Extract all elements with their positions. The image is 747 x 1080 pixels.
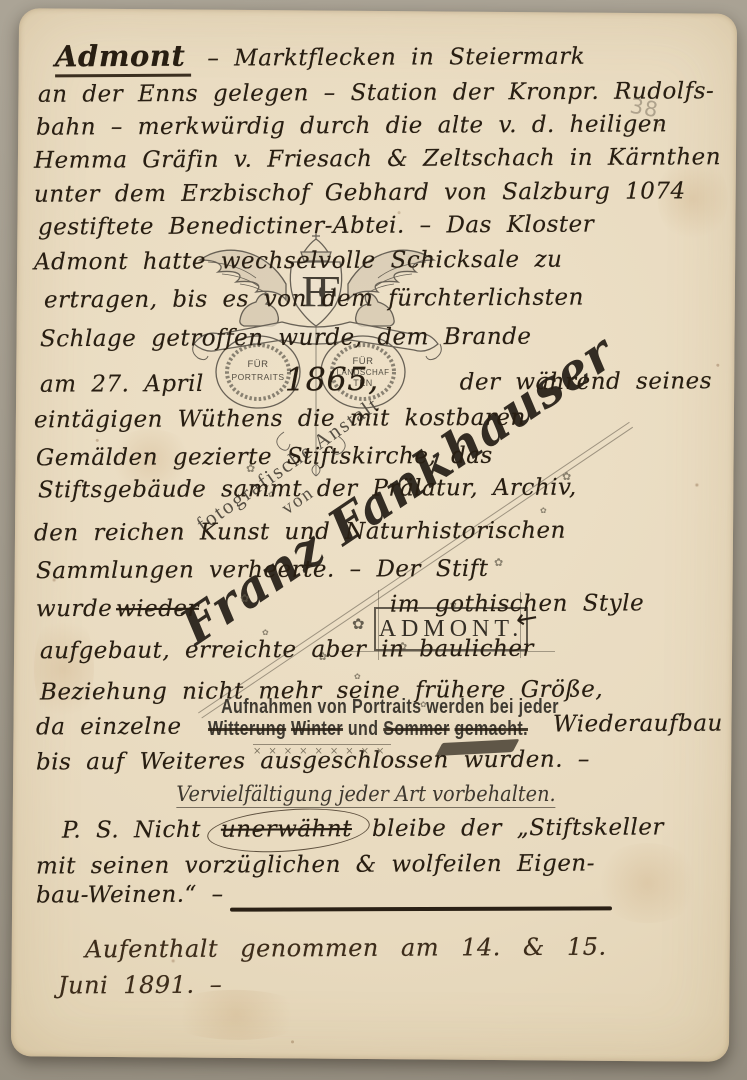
pencil-number: 38	[628, 94, 660, 123]
title-word: Admont	[55, 39, 191, 78]
manuscript-line: unter dem Erzbischof Gebhard von Salzbur…	[34, 178, 686, 207]
manuscript-line: ertragen, bis es von dem fürchterlichste…	[44, 285, 584, 314]
manuscript-line-brand: am 27. April 1865, der während seines	[40, 358, 712, 400]
manuscript-line: Gemälden gezierte Stiftskirche, das	[36, 443, 493, 471]
ps-pre: P. S. Nicht	[62, 817, 201, 844]
manuscript-line: aufgebaut, erreichte aber in baulicher	[40, 636, 534, 665]
manuscript-line: bau-Weinen.“ –	[36, 882, 224, 909]
manuscript-line: Admont– Marktflecken in Steiermark	[55, 37, 585, 74]
ink-rule	[230, 906, 612, 911]
manuscript-line: Schlage getroffen wurde, dem Brande	[40, 324, 532, 353]
manuscript-line: Beziehung nicht mehr seine frühere Größe…	[40, 677, 603, 706]
manuscript-line: den reichen Kunst und Naturhistorischen	[34, 518, 566, 547]
manuscript-line: eintägigen Wüthens die mit kostbaren	[34, 405, 526, 434]
manuscript-line: Hemma Gräfin v. Friesach & Zeltschach in…	[34, 144, 721, 174]
manuscript-word: da einzelne	[36, 714, 182, 741]
brand-post: der während seines	[460, 368, 712, 395]
ps-post: bleibe der „Stiftskeller	[372, 814, 664, 842]
circled-word: unerwähnt	[221, 816, 352, 843]
title-rest: – Marktflecken in Steiermark	[207, 44, 585, 72]
manuscript-line: Admont hatte wechselvolle Schicksale zu	[34, 247, 563, 276]
manuscript-word: Wiederaufbau	[553, 711, 723, 738]
manuscript-line: mit seinen vorzüglichen & wolfeilen Eige…	[36, 851, 595, 880]
manuscript-line: Aufenthalt genommen am 14. & 15.	[85, 933, 607, 964]
brand-year: 1865,	[285, 360, 379, 398]
manuscript-line: an der Enns gelegen – Station der Kronpr…	[38, 78, 714, 108]
manuscript-line: Juni 1891. –	[58, 971, 222, 1000]
manuscript-line: gestiftete Benedictiner-Abtei. – Das Klo…	[38, 212, 594, 241]
manuscript-line-ps: P. S. Nichtunerwähntbleibe der „Stiftske…	[62, 814, 664, 843]
manuscript-line: Sammlungen verheerte. – Der Stift	[36, 556, 489, 584]
manuscript-line: bahn – merkwürdig durch die alte v. d. h…	[36, 111, 667, 140]
manuscript-word: wurde	[36, 596, 112, 622]
brand-pre: am 27. April	[40, 371, 204, 398]
photo-backdrop: FF FÜR PORTRAITS FÜR LANDSCHAF TEN fotog…	[0, 0, 747, 1080]
struck-word: wieder	[116, 596, 199, 622]
handwritten-text: Admont– Marktflecken in Steiermark an de…	[0, 0, 747, 1080]
manuscript-line: Stiftsgebäude sammt der Prälatur, Archiv…	[38, 475, 577, 504]
